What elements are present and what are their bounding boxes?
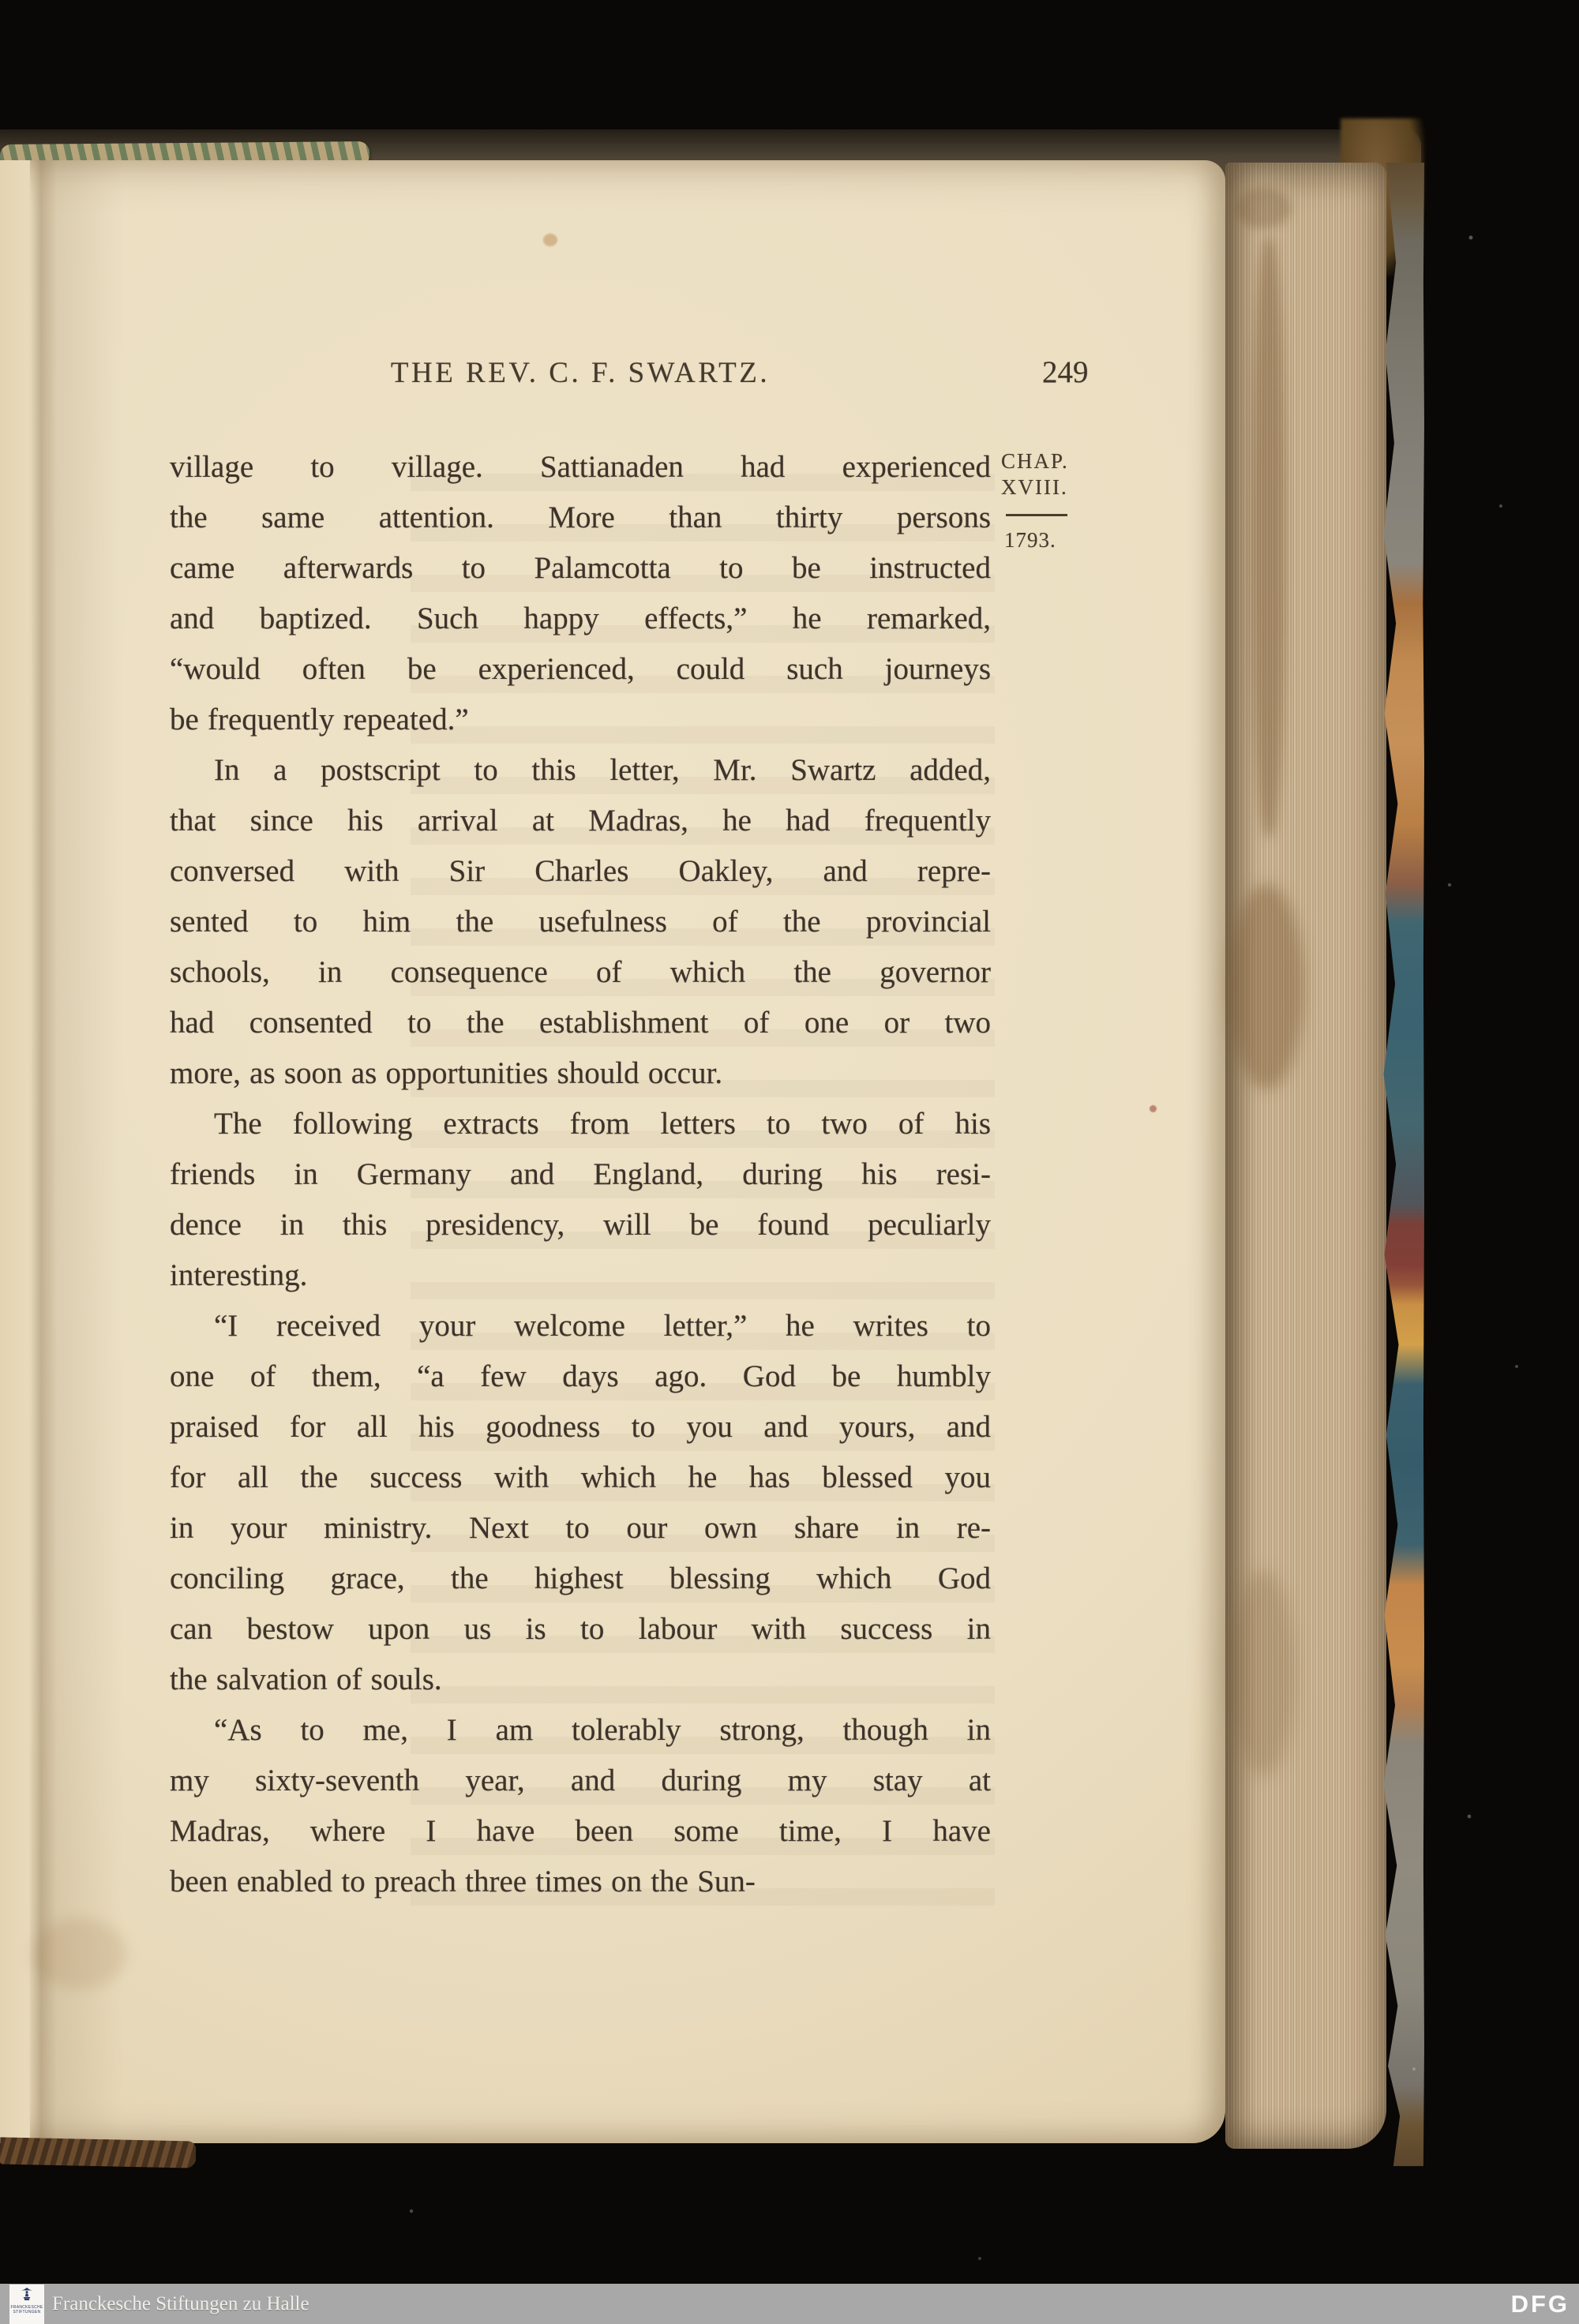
fore-edge-stain: [1228, 884, 1304, 1089]
text-line: that since his arrival at Madras, he had…: [170, 796, 991, 846]
text-line: conciling grace, the highest blessing wh…: [170, 1554, 991, 1604]
text-line: be frequently repeated.”: [170, 695, 991, 745]
dust-specks: [0, 0, 2, 2]
marbled-board-edge: [1380, 163, 1424, 2166]
page-gutter-crease: [28, 160, 123, 2143]
text-line: “I received your welcome letter,” he wri…: [170, 1301, 991, 1351]
text-line: conversed with Sir Charles Oakley, and r…: [170, 846, 991, 897]
text-line: can bestow upon us is to labour with suc…: [170, 1604, 991, 1655]
text-line: and baptized. Such happy effects,” he re…: [170, 594, 991, 644]
text-line: praised for all his goodness to you and …: [170, 1402, 991, 1452]
text-line: friends in Germany and England, during h…: [170, 1149, 991, 1200]
text-line: the salvation of souls.: [170, 1655, 991, 1705]
book-fore-edge-pages: [1225, 163, 1386, 2149]
book-bottom-leather-edge: [0, 2137, 196, 2168]
fore-edge-stain: [1252, 237, 1285, 837]
chapter-label: CHAP.: [1001, 448, 1127, 474]
institution-watermark-label: Franckesche Stiftungen zu Halle: [52, 2284, 309, 2324]
body-paragraph: The following extracts from letters to t…: [170, 1099, 991, 1301]
franckesche-logo: FRANCKESCHE STIFTUNGEN: [9, 2285, 44, 2324]
page-stain: [32, 1918, 126, 1989]
body-paragraph: In a postscript to this letter, Mr. Swar…: [170, 745, 991, 1099]
text-line: “would often be experienced, could such …: [170, 644, 991, 695]
text-line: came afterwards to Palamcotta to be inst…: [170, 543, 991, 594]
chapter-numeral: XVIII.: [1001, 474, 1127, 500]
text-line: my sixty-seventh year, and during my sta…: [170, 1756, 991, 1806]
text-line: the same attention. More than thirty per…: [170, 493, 991, 543]
page-number: 249: [1042, 354, 1089, 390]
franckesche-logo-text-line2: STIFTUNGEN: [13, 2310, 41, 2315]
text-line: one of them, “a few days ago. God be hum…: [170, 1351, 991, 1402]
fore-edge-stain: [1236, 188, 1291, 229]
running-header-title: THE REV. C. F. SWARTZ.: [170, 356, 991, 390]
fore-edge-stain: [1232, 1571, 1295, 1776]
text-line: The following extracts from letters to t…: [170, 1099, 991, 1149]
dfg-logo: DFG: [1511, 2284, 1570, 2324]
text-line: “As to me, I am tolerably strong, though…: [170, 1705, 991, 1756]
text-line: In a postscript to this letter, Mr. Swar…: [170, 745, 991, 796]
body-text: village to village. Sattianaden had expe…: [170, 442, 991, 1907]
footer-bar: FRANCKESCHE STIFTUNGEN Franckesche Stift…: [0, 2284, 1579, 2324]
scanned-page-photo: THE REV. C. F. SWARTZ. 249 CHAP. XVIII. …: [0, 0, 1579, 2324]
page-stain: [1150, 1105, 1157, 1112]
chapter-year: 1793.: [1004, 528, 1127, 553]
text-line: for all the success with which he has bl…: [170, 1452, 991, 1503]
page-gutter-sliver: [0, 160, 30, 2143]
text-line: dence in this presidency, will be found …: [170, 1200, 991, 1250]
text-line: Madras, where I have been some time, I h…: [170, 1806, 991, 1857]
chapter-margin-note: CHAP. XVIII. 1793.: [1001, 448, 1127, 553]
page-stain: [543, 234, 557, 246]
text-line: been enabled to preach three times on th…: [170, 1857, 991, 1907]
text-line: interesting.: [170, 1250, 991, 1301]
body-paragraph: village to village. Sattianaden had expe…: [170, 442, 991, 745]
text-line: schools, in consequence of which the gov…: [170, 947, 991, 998]
text-line: more, as soon as opportunities should oc…: [170, 1048, 991, 1099]
franckesche-emblem-icon: [20, 2287, 34, 2305]
body-paragraph: “I received your welcome letter,” he wri…: [170, 1301, 991, 1705]
text-line: in your ministry. Next to our own share …: [170, 1503, 991, 1554]
text-line: sented to him the usefulness of the prov…: [170, 897, 991, 947]
margin-note-rule: [1006, 514, 1067, 516]
body-paragraph: “As to me, I am tolerably strong, though…: [170, 1705, 991, 1907]
text-line: had consented to the establishment of on…: [170, 998, 991, 1048]
text-line: village to village. Sattianaden had expe…: [170, 442, 991, 493]
